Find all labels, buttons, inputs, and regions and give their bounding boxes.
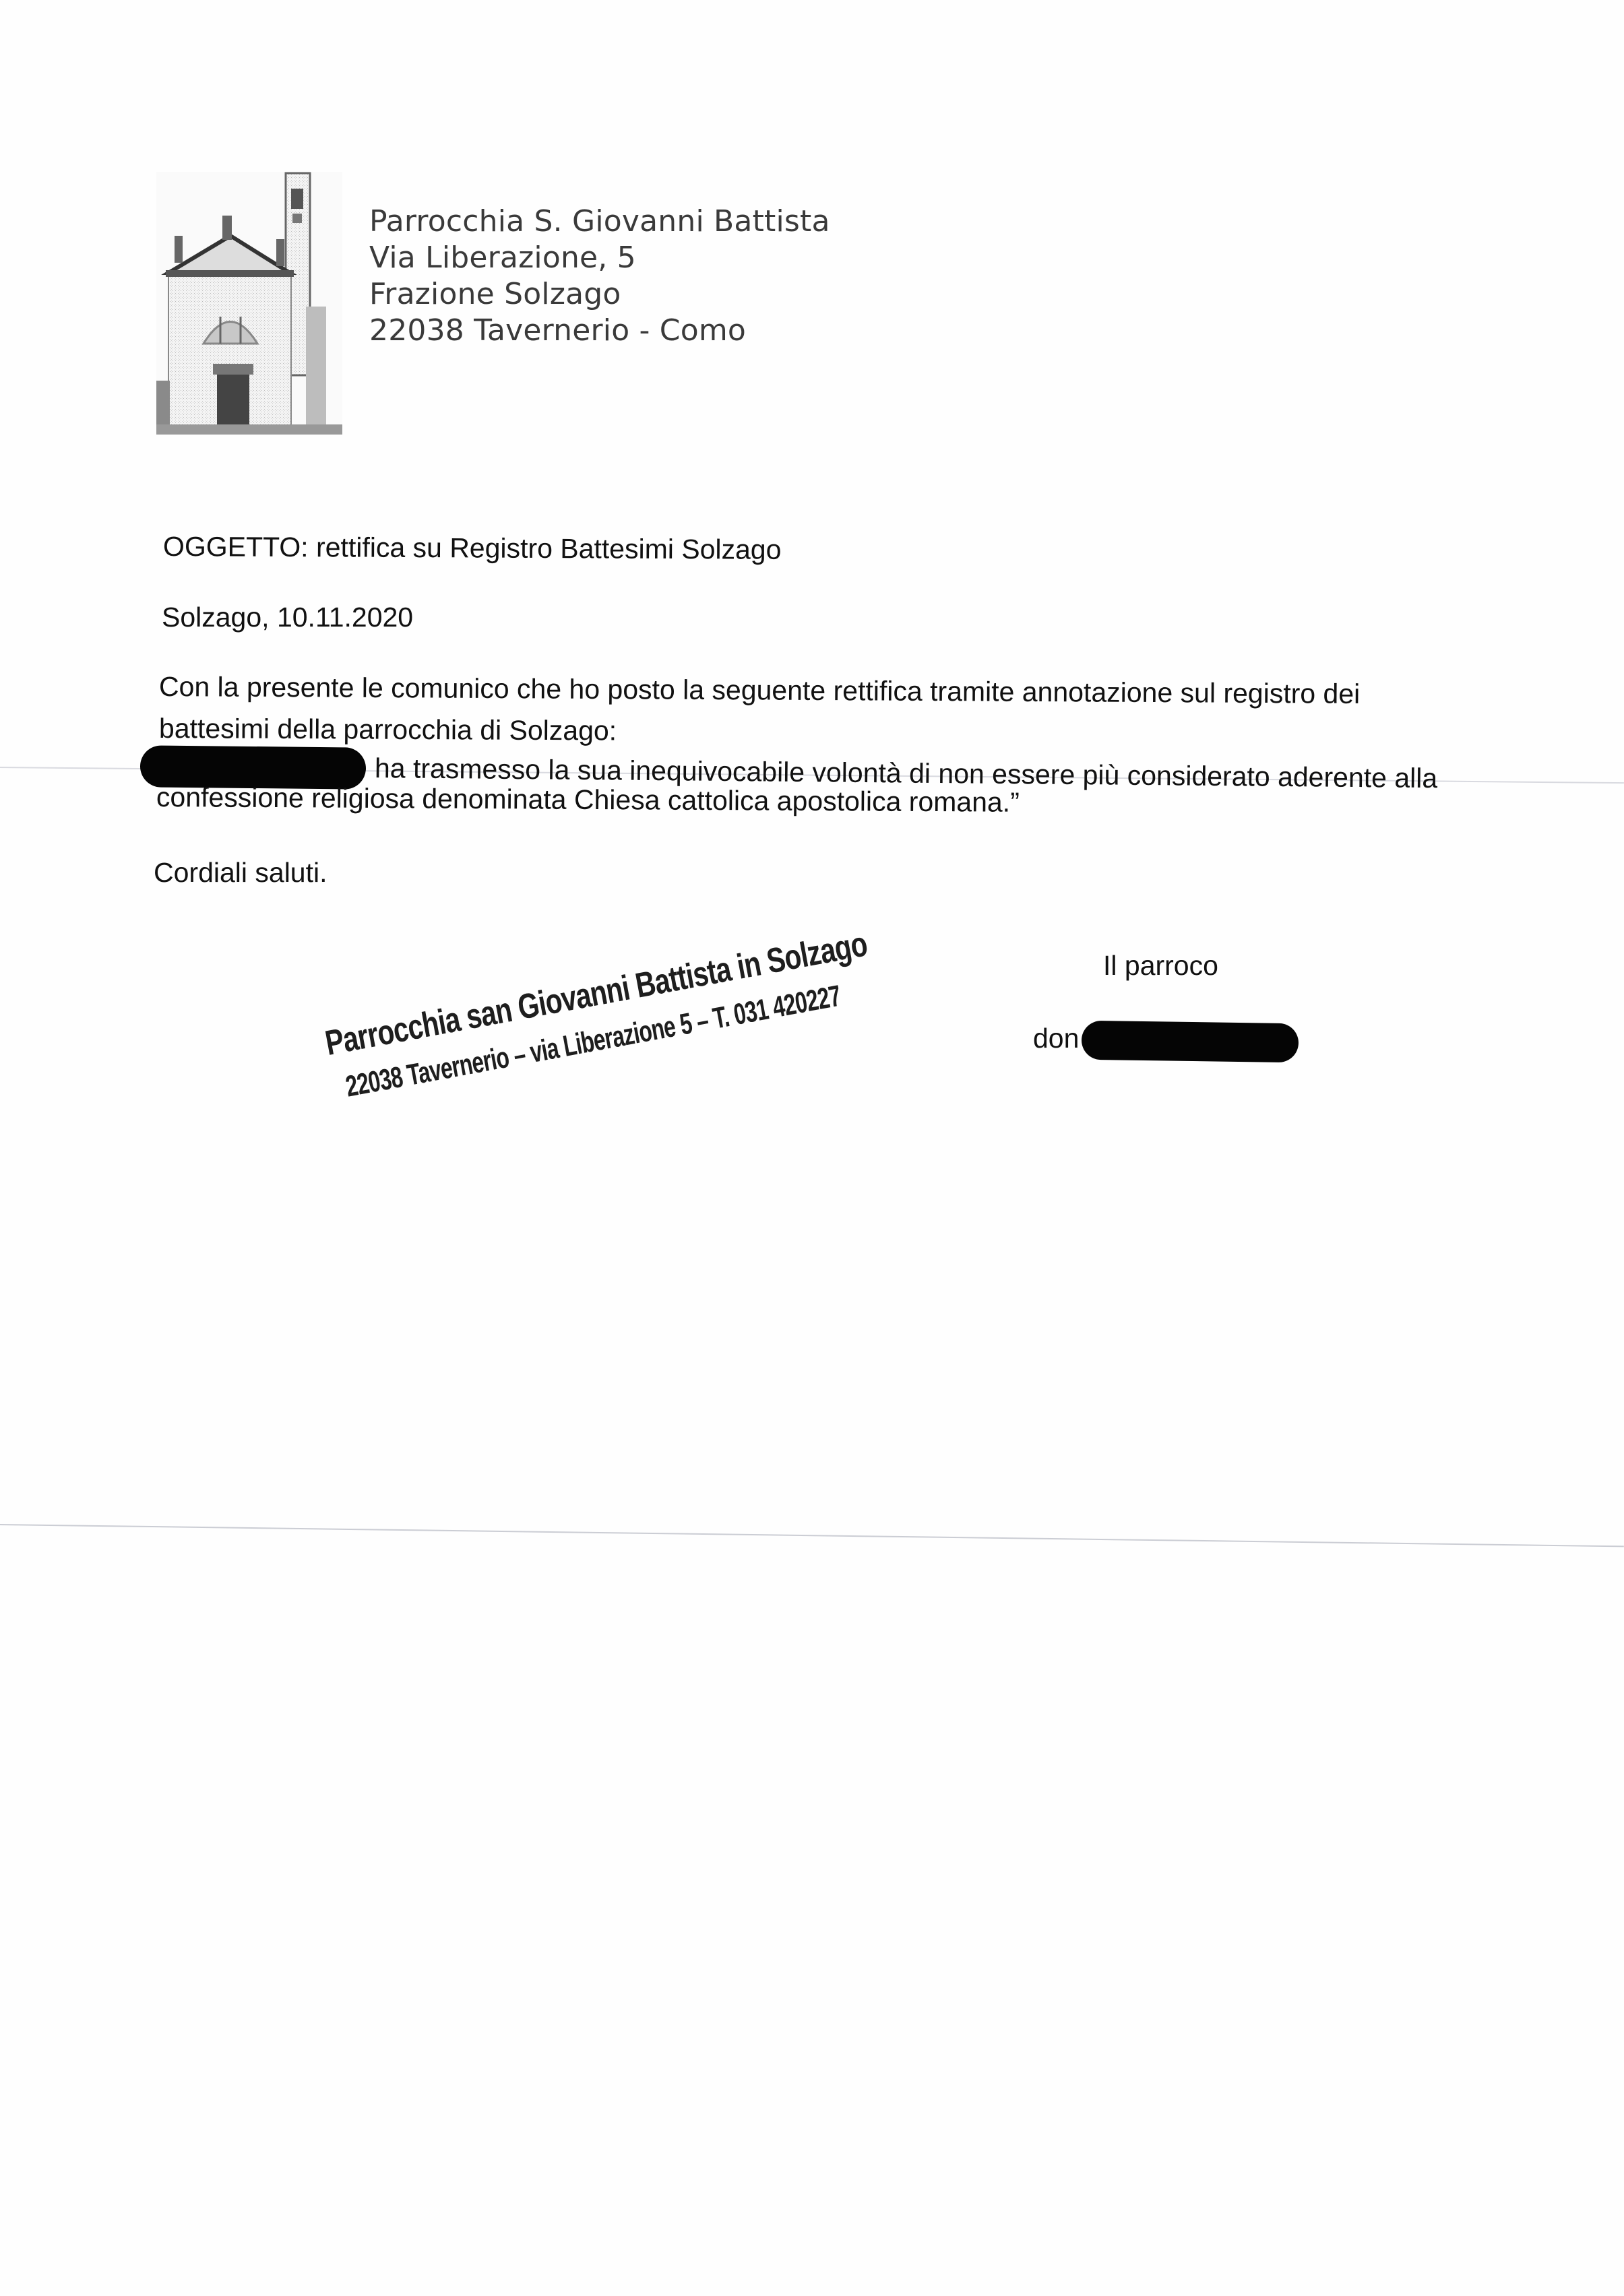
date-line: Solzago, 10.11.2020 — [162, 602, 413, 633]
closing-salutation: Cordiali saluti. — [154, 857, 327, 889]
locality: Frazione Solzago — [369, 276, 830, 313]
street-address: Via Liberazione, 5 — [369, 240, 830, 276]
parish-stamp: Parrocchia san Giovanni Battista in Solz… — [322, 895, 1036, 1106]
signature-title: Il parroco — [1103, 950, 1218, 982]
postal-city: 22038 Tavernerio - Como — [369, 313, 830, 349]
letterhead-address: Parrocchia S. Giovanni Battista Via Libe… — [369, 203, 830, 349]
redacted-signature — [1082, 1021, 1299, 1062]
fold-line-middle — [0, 1524, 1624, 1547]
body-line-1: Con la presente le comunico che ho posto… — [159, 671, 1361, 710]
signature-prefix: don — [1033, 1023, 1079, 1054]
parish-name: Parrocchia S. Giovanni Battista — [369, 203, 830, 240]
scanned-letter-page: Parrocchia S. Giovanni Battista Via Libe… — [0, 0, 1624, 2296]
body-line-2: battesimi della parrocchia di Solzago: — [159, 713, 617, 747]
signature-name: don — [1033, 1023, 1079, 1054]
subject-line: OGGETTO: rettifica su Registro Battesimi… — [163, 531, 782, 566]
body-line-4: confessione religiosa denominata Chiesa … — [156, 782, 1020, 819]
church-facade-icon — [156, 172, 342, 435]
